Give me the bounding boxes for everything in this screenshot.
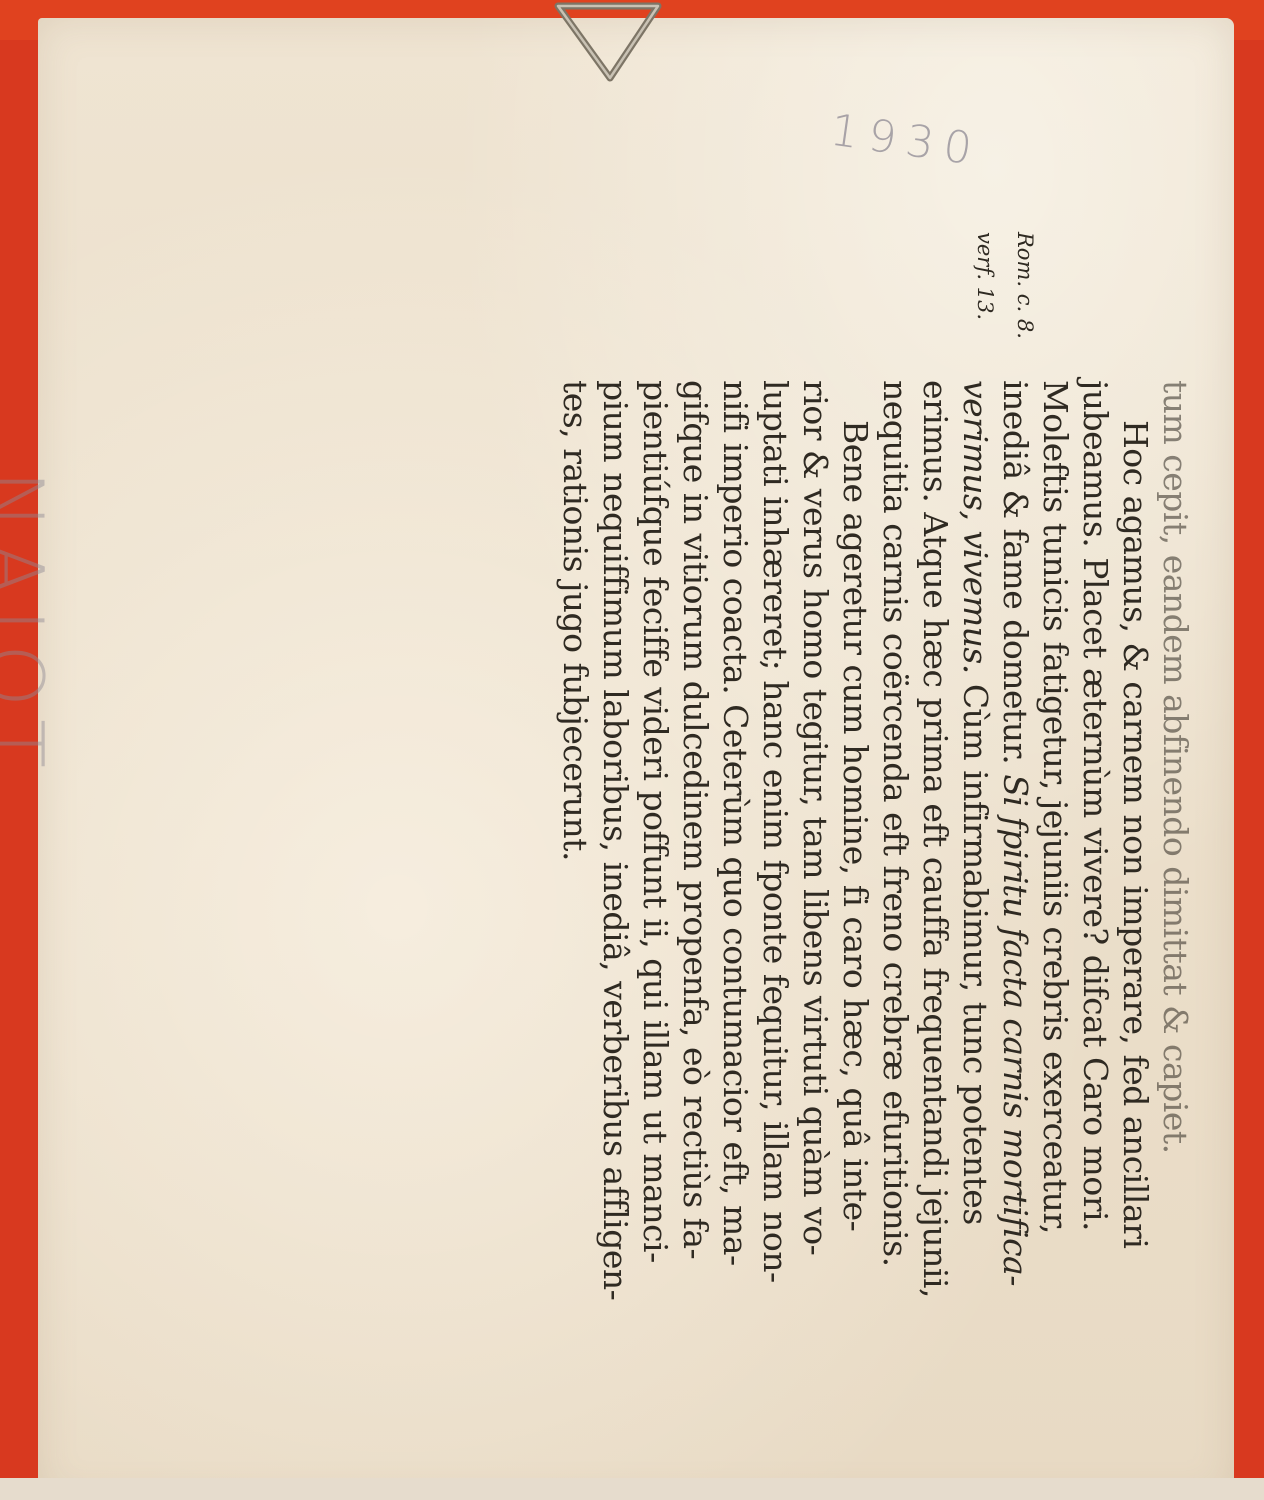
text-line: gifque in vitiorum dulcedinem propenfa, … (675, 380, 715, 1380)
text-line: verimus, vivemus. Cùm infirmabimur, tunc… (955, 380, 995, 1380)
bottom-edge (0, 1478, 1264, 1500)
text-line: inediâ & fame dometur. Si fpiritu facta … (995, 380, 1035, 1380)
margin-line: Rom. c. 8. (1000, 232, 1040, 339)
text-line: nequitia carnis coërcenda eft freno creb… (875, 380, 915, 1380)
text-line: luptati inhæreret; hanc enim fponte fequ… (755, 380, 795, 1380)
text-segment: inediâ & fame dometur. (996, 380, 1035, 764)
text-line: tum cepit, eandem abfinendo dimittat & c… (1155, 380, 1195, 1380)
text-line: pientiúfque feciffe videri poffunt ii, q… (635, 380, 675, 1380)
margin-reference: Rom. c. 8. verf. 13. (960, 232, 1040, 339)
text-line: Moleftis tunicis fatigetur, jejuniis cre… (1035, 380, 1075, 1380)
italic-segment: verimus, vivemus. (956, 380, 995, 674)
text-line: Hoc agamus, & carnem non imperare, fed a… (1115, 380, 1155, 1380)
text-line: rior & verus homo tegitur, tam libens vi… (795, 380, 835, 1380)
margin-line: verf. 13. (960, 232, 1000, 339)
text-line: nifi imperio coacta. Ceterùm quo contuma… (715, 380, 755, 1380)
text-line: erimus. Atque hæc prima eft cauffa frequ… (915, 380, 955, 1380)
pencil-name-annotation: NAIOT (0, 470, 60, 780)
printed-text-block: tum cepit, eandem abfinendo dimittat & c… (555, 380, 1195, 1380)
hanger-hook-icon (548, 0, 668, 90)
text-segment: Cùm infirmabimur, tunc potentes (956, 684, 995, 1225)
italic-segment: Si fpiritu facta carnis mortifica- (996, 774, 1035, 1286)
text-line: jubeamus. Placet æternùm vivere? difcat … (1075, 380, 1115, 1380)
text-line: tes, rationis jugo fubjecerunt. (555, 380, 595, 1380)
text-line: pium nequiffimum laboribus, inediâ, verb… (595, 380, 635, 1380)
text-line: Bene ageretur cum homine, fi caro hæc, q… (835, 380, 875, 1380)
